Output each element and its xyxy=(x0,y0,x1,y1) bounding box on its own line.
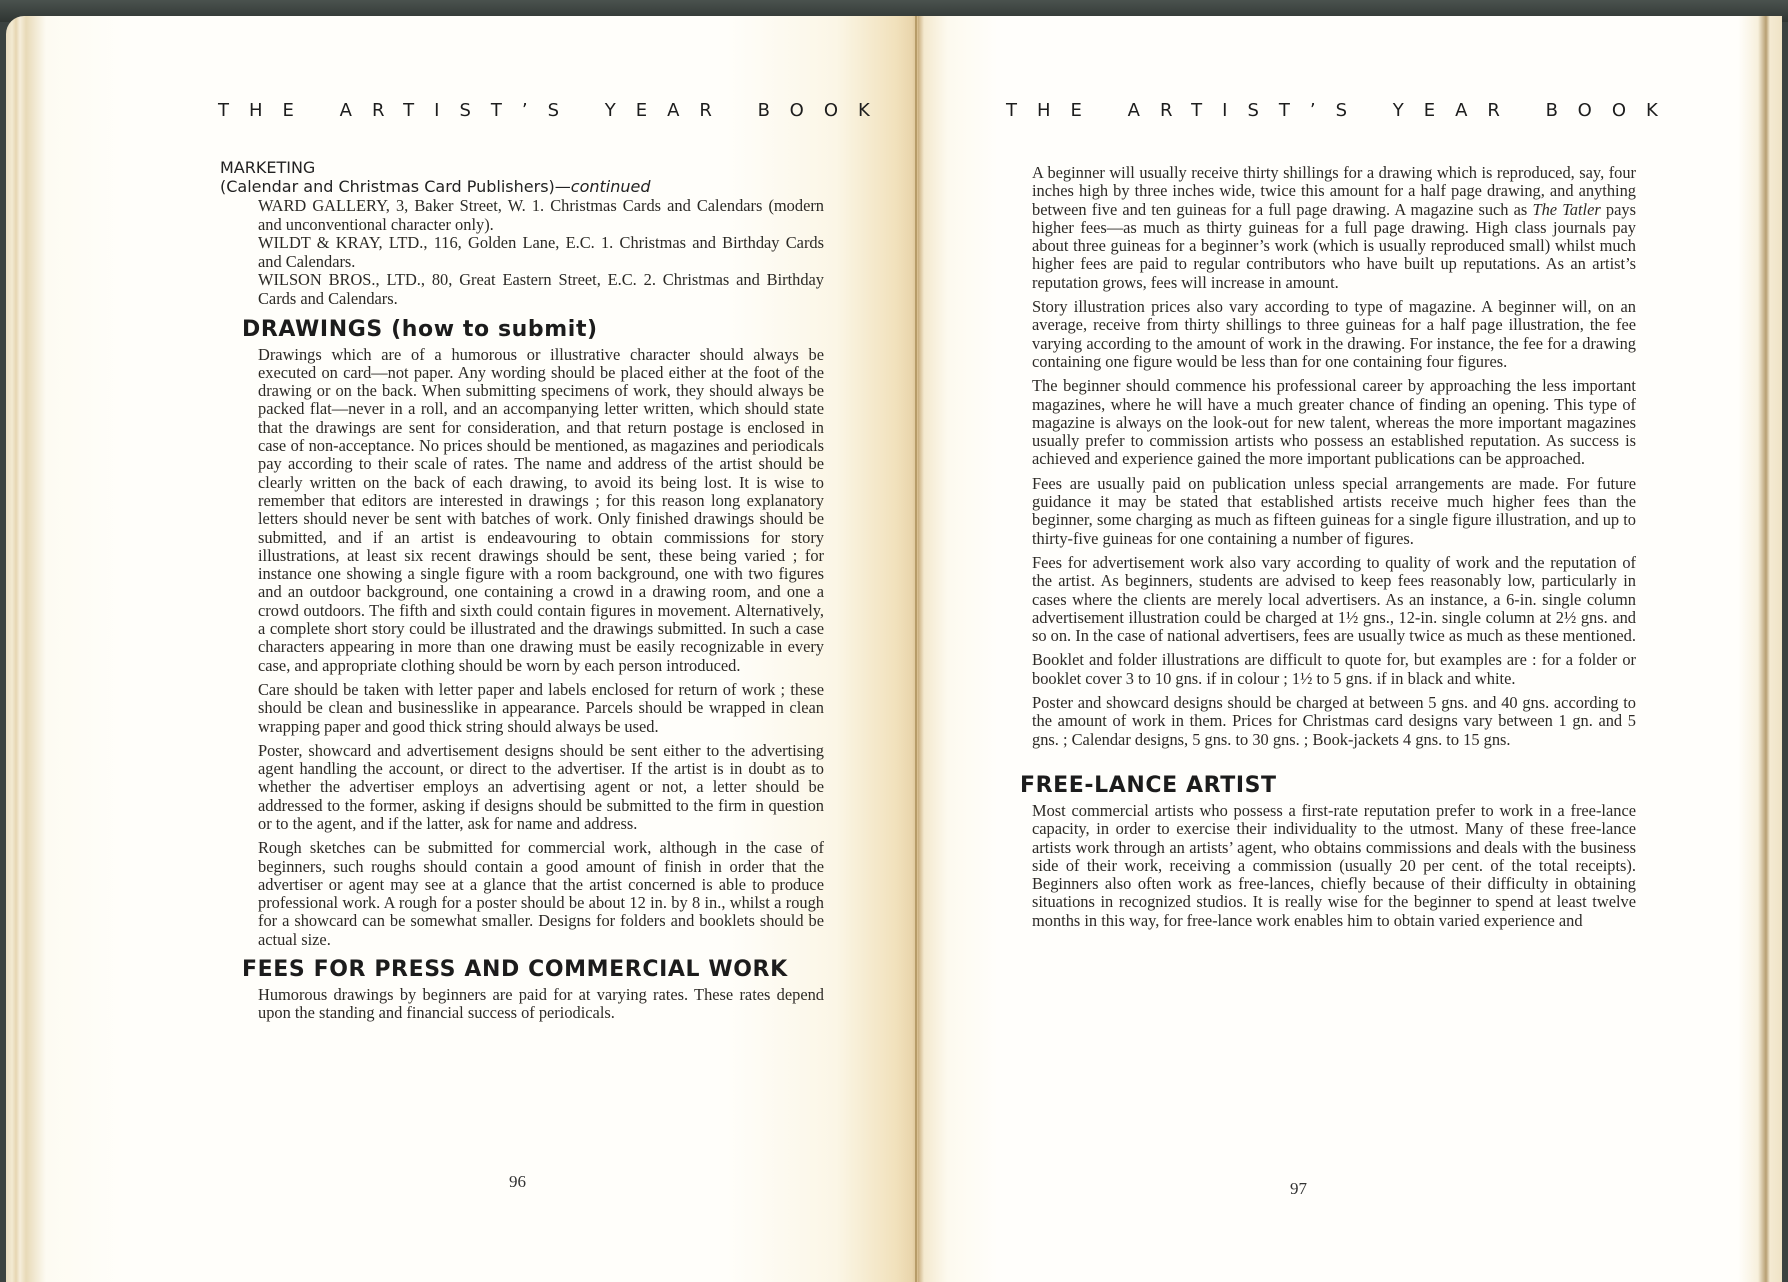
body-paragraph: Care should be taken with letter paper a… xyxy=(220,681,824,736)
body-paragraph: Poster and showcard designs should be ch… xyxy=(1032,694,1636,749)
right-page-content: A beginner will usually receive thirty s… xyxy=(1032,164,1636,936)
publisher-entry: WILDT & KRAY, LTD., 116, Golden Lane, E.… xyxy=(220,234,824,271)
body-paragraph: Booklet and folder illustrations are dif… xyxy=(1032,651,1636,688)
section-heading-fees: FEES FOR PRESS AND COMMERCIAL WORK xyxy=(242,957,824,982)
marketing-title: MARKETING xyxy=(220,158,824,177)
body-paragraph: A beginner will usually receive thirty s… xyxy=(1032,164,1636,292)
section-heading-drawings: DRAWINGS (how to submit) xyxy=(242,317,824,342)
publisher-list: WARD GALLERY, 3, Baker Street, W. 1. Chr… xyxy=(220,197,824,309)
magazine-title-italic: The Tatler xyxy=(1532,200,1600,219)
publisher-entry: WARD GALLERY, 3, Baker Street, W. 1. Chr… xyxy=(220,197,824,234)
body-paragraph: The beginner should commence his profess… xyxy=(1032,377,1636,468)
body-paragraph: Most commercial artists who possess a fi… xyxy=(1032,802,1636,930)
body-paragraph: Fees for advertisement work also vary ac… xyxy=(1032,554,1636,645)
book-gutter xyxy=(915,16,917,1282)
running-head-left: THE ARTIST’S YEAR BOOK xyxy=(218,100,890,121)
left-page-content: MARKETING (Calendar and Christmas Card P… xyxy=(220,158,824,1029)
publisher-entry: WILSON BROS., LTD., 80, Great Eastern St… xyxy=(220,271,824,308)
body-paragraph: Humorous drawings by beginners are paid … xyxy=(220,986,824,1023)
section-heading-free-lance: FREE-LANCE ARTIST xyxy=(1020,773,1636,798)
marketing-subtitle-text: (Calendar and Christmas Card Publishers)… xyxy=(220,177,571,196)
body-paragraph: Drawings which are of a humorous or illu… xyxy=(220,346,824,675)
page-number-right: 97 xyxy=(1290,1179,1307,1199)
open-book-spread: THE ARTIST’S YEAR BOOK MARKETING (Calend… xyxy=(6,16,1782,1282)
right-page: THE ARTIST’S YEAR BOOK A beginner will u… xyxy=(918,16,1782,1282)
marketing-subtitle-continued: continued xyxy=(571,177,651,196)
running-head-right: THE ARTIST’S YEAR BOOK xyxy=(1006,100,1678,121)
body-paragraph: Story illustration prices also vary acco… xyxy=(1032,298,1636,371)
body-paragraph: Fees are usually paid on publication unl… xyxy=(1032,475,1636,548)
marketing-subtitle: (Calendar and Christmas Card Publishers)… xyxy=(220,177,824,196)
page-number-left: 96 xyxy=(509,1172,526,1192)
body-paragraph: Rough sketches can be submitted for comm… xyxy=(220,839,824,949)
body-paragraph: Poster, showcard and advertisement desig… xyxy=(220,742,824,833)
left-page: THE ARTIST’S YEAR BOOK MARKETING (Calend… xyxy=(6,16,918,1282)
